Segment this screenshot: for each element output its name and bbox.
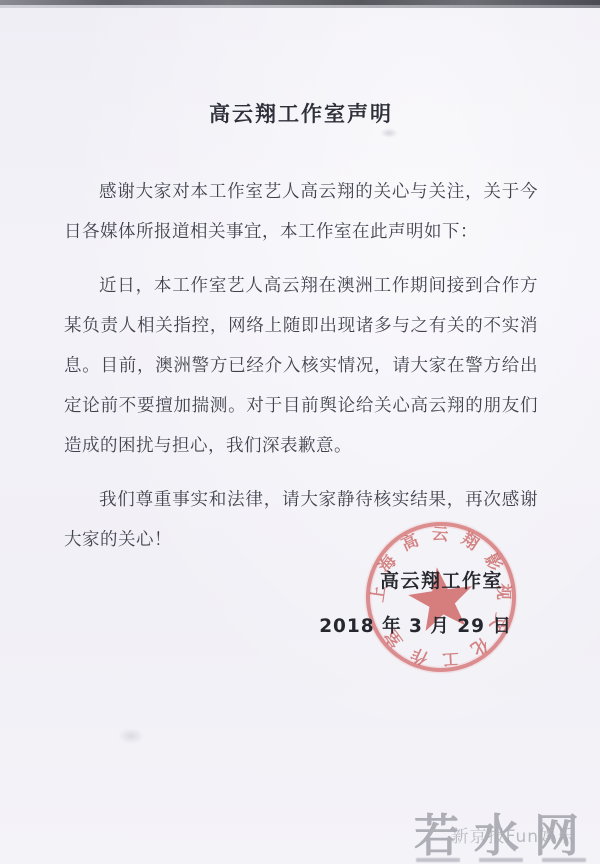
paper-smudge: [118, 728, 144, 744]
statement-date: 2018 年 3 月 29 日: [319, 612, 512, 638]
company-seal-stamp: 上海高云翔影视文化工作室: [353, 509, 529, 685]
paragraph-intro: 感谢大家对本工作室艺人高云翔的关心与关注，关于今日各媒体所报道相关事宜，本工作室…: [64, 172, 538, 252]
statement-body: 高云翔工作室声明 感谢大家对本工作室艺人高云翔的关心与关注，关于今日各媒体所报道…: [64, 0, 538, 560]
watermark-microtext: [416, 858, 586, 863]
signature-studio-name: 高云翔工作室: [380, 566, 503, 593]
statement-title: 高云翔工作室声明: [64, 98, 538, 128]
paragraph-main: 近日，本工作室艺人高云翔在澳洲工作期间接到合作方某负责人相关指控，网络上随即出现…: [64, 266, 538, 466]
watermark-media-label: 新京报Fun娱乐: [452, 822, 575, 847]
scanned-statement-page: 高云翔工作室声明 感谢大家对本工作室艺人高云翔的关心与关注，关于今日各媒体所报道…: [0, 0, 600, 864]
